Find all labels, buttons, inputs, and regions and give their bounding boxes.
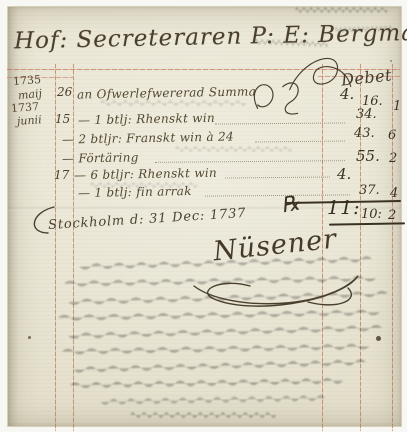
total-currency-mark: ℞ bbox=[279, 191, 302, 218]
ink-blot bbox=[376, 336, 381, 341]
ledger-item: — 1 btlj: fin arrak bbox=[78, 184, 192, 200]
ruling-line-vertical bbox=[73, 64, 74, 431]
ledger-item: — 1 btlj: Rhenskt win bbox=[78, 111, 215, 127]
total-runstycken: 2 bbox=[388, 208, 396, 223]
amount-runstycken: 4 bbox=[390, 186, 398, 201]
ruling-line-vertical bbox=[392, 64, 393, 431]
amount-runstycken: 6 bbox=[388, 128, 396, 143]
amount-ore: 37. bbox=[359, 183, 380, 198]
amount-runstycken: 1 bbox=[393, 99, 401, 114]
total-ore: 10: bbox=[361, 207, 382, 222]
ink-speck bbox=[390, 60, 392, 62]
ledger-item: — 6 btljr: Rhenskt win bbox=[74, 166, 217, 182]
ledger-day: 17 bbox=[54, 168, 69, 182]
ledger-month: junii bbox=[17, 113, 42, 128]
ink-speck bbox=[28, 336, 31, 339]
ledger-year: 1735 bbox=[13, 73, 42, 88]
total-daler: 11: bbox=[327, 197, 361, 219]
ledger-day: 26 bbox=[57, 85, 72, 99]
amount-runstycken: 2 bbox=[389, 151, 397, 166]
paraph-flourish bbox=[248, 80, 304, 120]
signature-flourish bbox=[188, 258, 368, 312]
amount-ore: 34. bbox=[356, 107, 377, 122]
amount-ore: 55. bbox=[356, 147, 380, 165]
ledger-day: 15 bbox=[55, 112, 70, 126]
amount-ore: 43. bbox=[354, 126, 375, 141]
ledger-item: — 2 btljr: Franskt win à 24 bbox=[62, 130, 234, 147]
amount-daler: 4. bbox=[337, 165, 351, 183]
amount-daler: 4. bbox=[340, 85, 354, 103]
ledger-item: — Förtäring bbox=[62, 150, 139, 165]
